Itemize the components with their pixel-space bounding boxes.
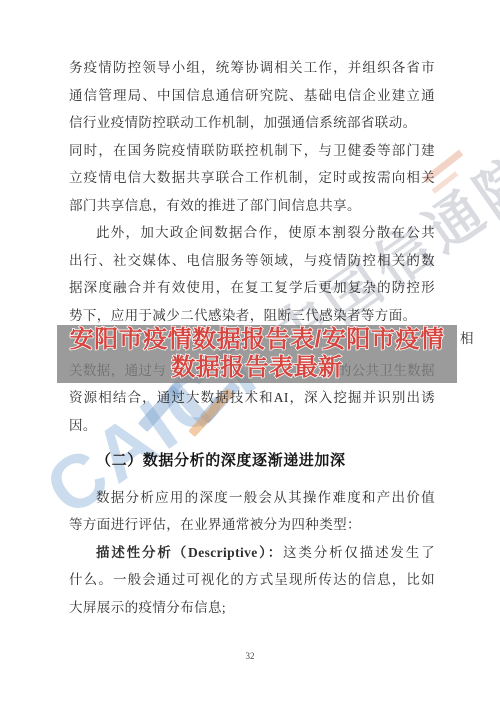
text-line: 什么。一般会通过可视化的方式呈现所传达的信息，比如: [69, 566, 435, 594]
text-line: 出行、社交媒体、电信服务等领域，与疫情防控相关的数: [69, 247, 435, 275]
text-line: 描述性分析（Descriptive）：这类分析仅描述发生了: [69, 539, 435, 567]
page-number: 32: [0, 651, 500, 661]
text-line: 部门共享信息，有效的推进了部门间信息共享。: [69, 192, 435, 220]
overlay-title-banner: 安阳市疫情数据报告表/安阳市疫情 数据报告表最新: [57, 325, 457, 383]
text-line: 数据分析应用的深度一般会从其操作难度和产出价值: [69, 484, 435, 512]
covered-line-fragment: 相: [460, 331, 474, 347]
text-line: 资源相结合，通过大数据技术和AI，深入挖掘并识别出诱: [69, 384, 435, 412]
text-line: 同时，在国务院疫情联防联控机制下，与卫健委等部门建: [69, 137, 435, 165]
text-line: 因。: [69, 412, 435, 440]
text-line: 务疫情防控领导小组，统筹协调相关工作，并组织各省市: [69, 54, 435, 82]
section-heading: （二）数据分析的深度逐渐递进加深: [69, 447, 435, 475]
watermark-stripe: [432, 171, 459, 193]
text-line: 据深度融合并有效使用，在复工复学后更加复杂的防控形: [69, 274, 435, 302]
text-run: 这类分析仅描述发生了: [283, 545, 435, 560]
banner-title-line1: 安阳市疫情数据报告表/安阳市疫情: [70, 326, 445, 354]
text-line: 立疫情电信大数据共享联合工作机制，定时或按需向相关: [69, 164, 435, 192]
text-line: 通信管理局、中国信息通信研究院、基础电信企业建立通: [69, 82, 435, 110]
text-line: 信行业疫情防控联动工作机制，加强通信系统部省联动。: [69, 109, 435, 137]
text-line: 此外，加大政企间数据合作，使原本割裂分散在公共: [69, 219, 435, 247]
document-page: CAICT 中国信通院 务疫情防控领导小组，统筹协调相关工作，并组织各省市通信管…: [0, 0, 500, 707]
banner-title-line2: 数据报告表最新: [171, 354, 343, 382]
text-line: 等方面进行评估，在业界通常被分为四种类型：: [69, 511, 435, 539]
bold-run: 描述性分析（Descriptive）：: [96, 545, 283, 560]
text-line: 大屏展示的疫情分布信息;: [69, 594, 435, 622]
